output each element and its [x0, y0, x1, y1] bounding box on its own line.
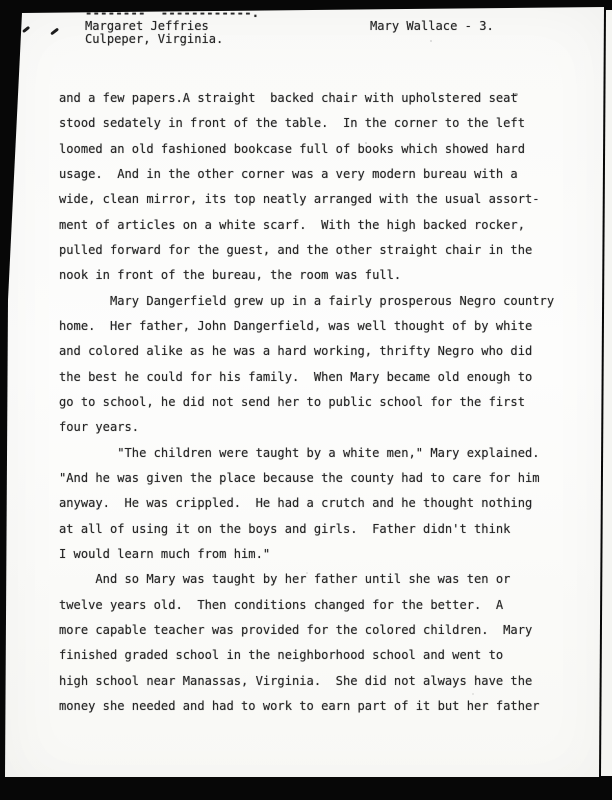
scanned-page-container: -------- ------------. Margaret Jeffries…	[0, 0, 612, 800]
text-line: home. Her father, John Dangerfield, was …	[59, 314, 554, 339]
text-line: stood sedately in front of the table. In…	[59, 111, 554, 136]
text-line: money she needed and had to work to earn…	[59, 694, 554, 719]
text-line: go to school, he did not send her to pub…	[59, 390, 554, 415]
scan-speck	[306, 572, 308, 574]
text-line: high school near Manassas, Virginia. She…	[59, 669, 554, 694]
header-left-block: Margaret Jeffries Culpeper, Virginia.	[85, 20, 223, 47]
text-line: anyway. He was crippled. He had a crutch…	[59, 491, 554, 516]
text-line: finished graded school in the neighborho…	[59, 643, 554, 668]
scan-speck	[514, 93, 518, 96]
text-line: pulled forward for the guest, and the ot…	[59, 238, 554, 263]
text-line: wide, clean mirror, its top neatly arran…	[59, 187, 554, 212]
pencil-check-mark-icon	[22, 26, 30, 33]
scan-speck	[472, 693, 474, 695]
text-line: nook in front of the bureau, the room wa…	[59, 263, 554, 288]
text-line: and a few papers.A straight backed chair…	[59, 86, 554, 111]
document-page: -------- ------------. Margaret Jeffries…	[0, 0, 612, 800]
scan-speck	[365, 142, 367, 144]
text-line: ment of articles on a white scarf. With …	[59, 213, 554, 238]
text-line: and colored alike as he was a hard worki…	[59, 339, 554, 364]
text-line: twelve years old. Then conditions change…	[59, 593, 554, 618]
text-line: more capable teacher was provided for th…	[59, 618, 554, 643]
text-line: loomed an old fashioned bookcase full of…	[59, 137, 554, 162]
text-line: "And he was given the place because the …	[59, 466, 554, 491]
text-line: Mary Dangerfield grew up in a fairly pro…	[59, 289, 554, 314]
interviewer-location: Culpeper, Virginia.	[85, 33, 223, 46]
scan-speck	[430, 40, 432, 42]
text-line: usage. And in the other corner was a ver…	[59, 162, 554, 187]
pencil-check-mark-icon	[50, 28, 59, 36]
text-line: at all of using it on the boys and girls…	[59, 517, 554, 542]
text-line: the best he could for his family. When M…	[59, 365, 554, 390]
document-body: and a few papers.A straight backed chair…	[59, 86, 554, 719]
text-line: four years.	[59, 415, 554, 440]
page-heading: Mary Wallace - 3.	[370, 20, 494, 33]
text-line: "The children were taught by a white men…	[59, 441, 554, 466]
struck-out-text: -------- ------------.	[85, 6, 259, 20]
text-line: I would learn much from him."	[59, 542, 554, 567]
